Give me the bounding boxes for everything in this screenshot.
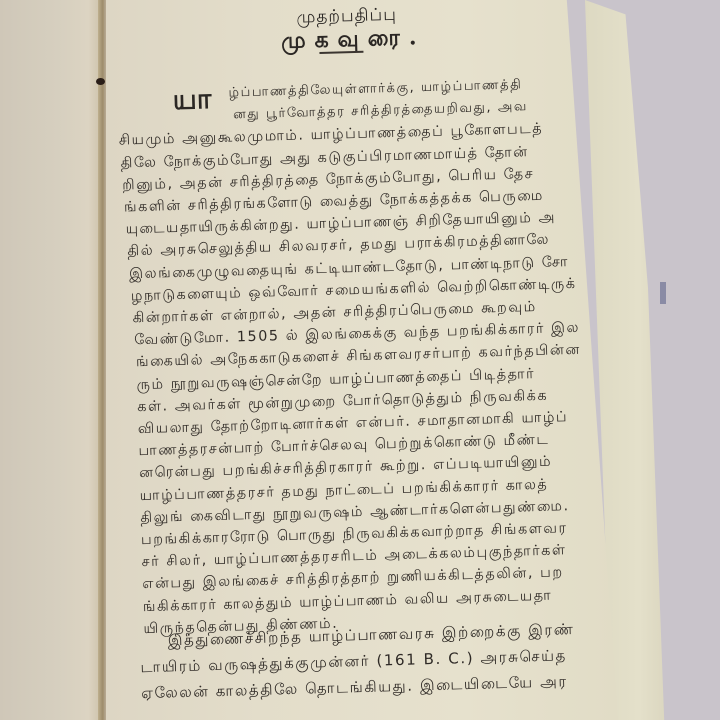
page-text: முதற்பதிப்பு முகவுரை. யா ழ்ப்பாணத்திலேயு… xyxy=(118,0,608,720)
drop-cap: யா xyxy=(172,82,213,120)
book-photo: முதற்பதிப்பு முகவுரை. யா ழ்ப்பாணத்திலேயு… xyxy=(0,0,720,720)
text-line: ழ்ப்பாணத்திலேயுள்ளார்க்கு, யாழ்ப்பாணத்தி xyxy=(228,77,522,101)
left-page-margin xyxy=(0,0,104,720)
background-object xyxy=(660,282,666,304)
binding-hole xyxy=(96,78,105,85)
text-line: னது பூர்வோத்தர சரித்திரத்தையறிவது, அவ xyxy=(233,99,528,123)
text-line: ஏலேலன் காலத்திலே தொடங்கியது. இடையிடையே அ… xyxy=(141,672,568,704)
